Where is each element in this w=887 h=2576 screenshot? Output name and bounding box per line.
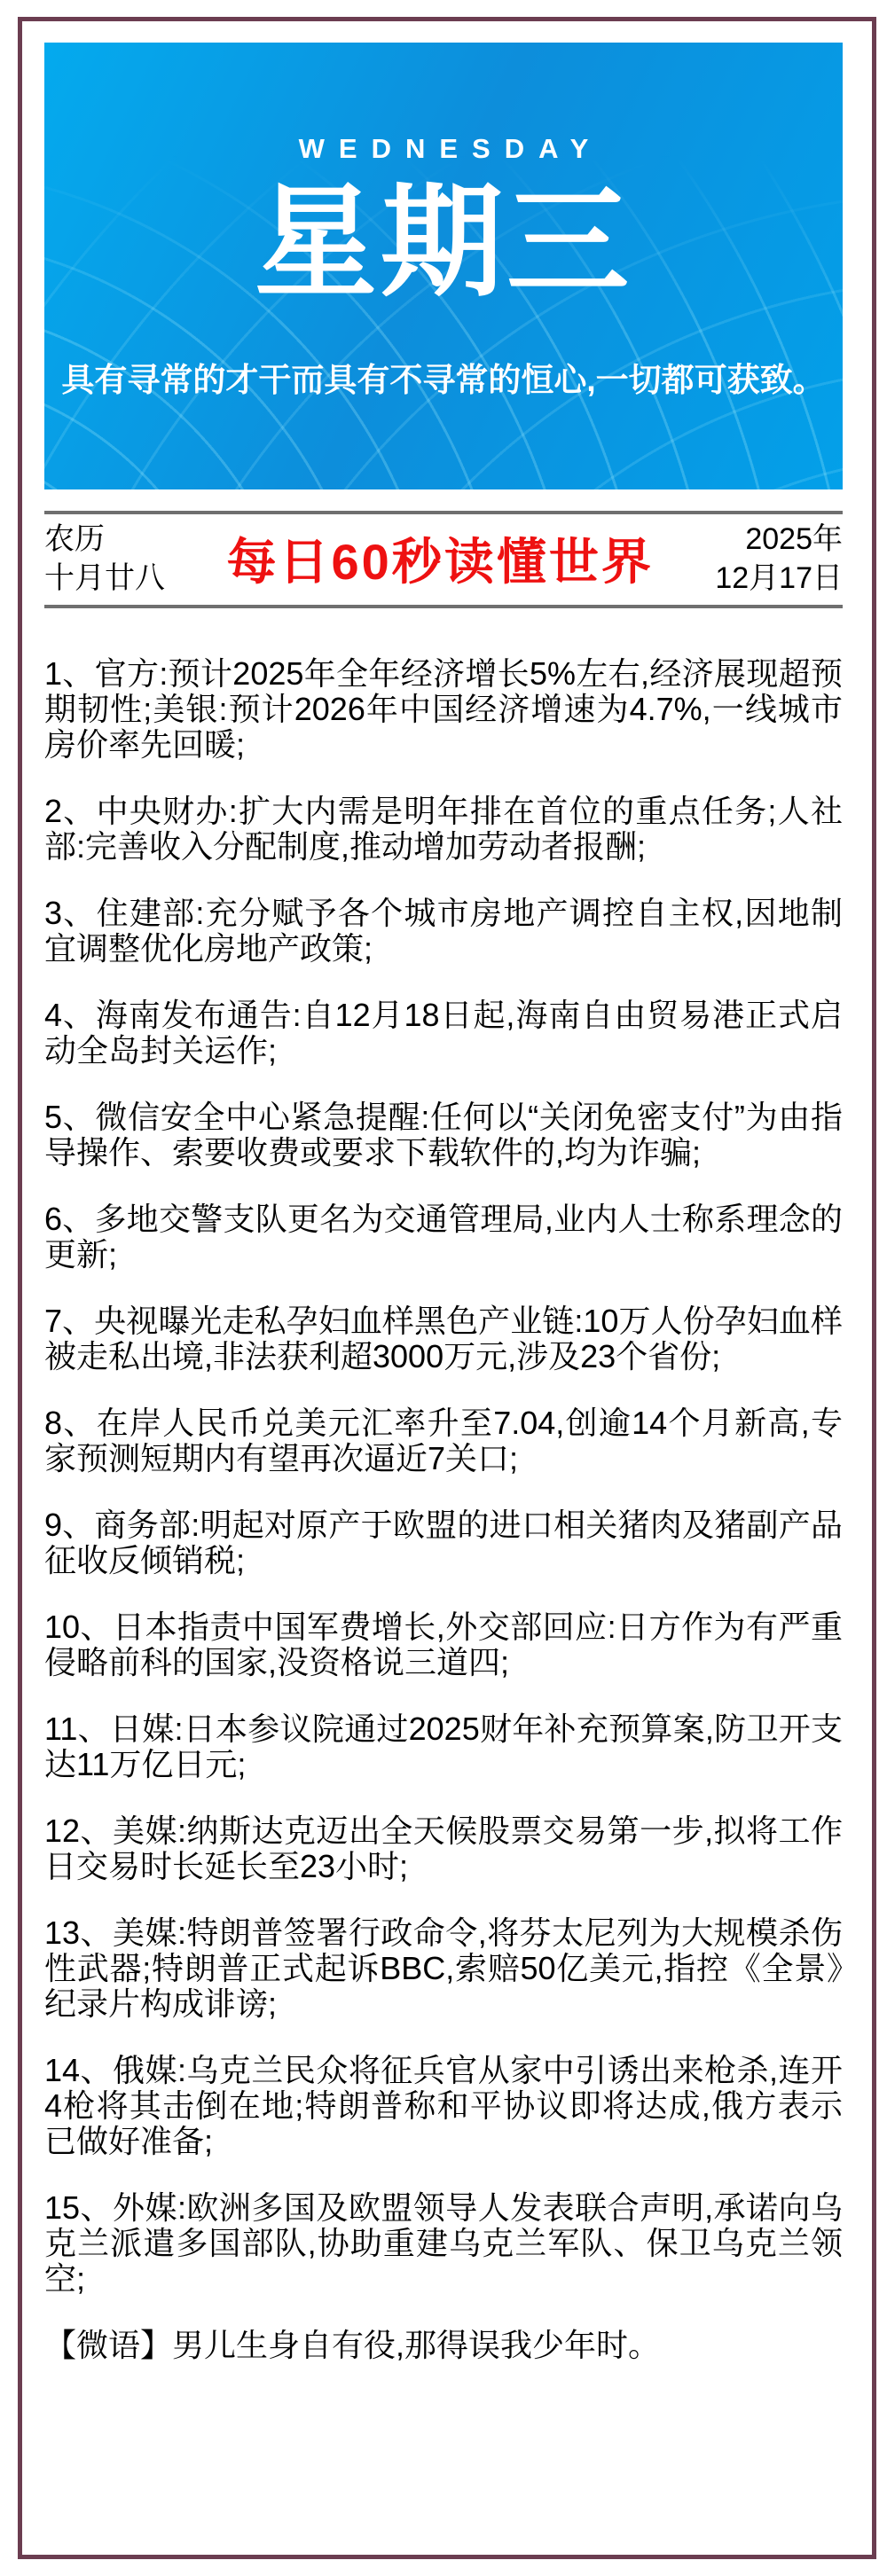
lunar-calendar-label: 农历 xyxy=(44,520,165,559)
news-item: 9、商务部:明起对原产于欧盟的进口相关猪肉及猪副产品征收反倾销税; xyxy=(44,1507,843,1578)
poster-content: WEDNESDAY 星期三 具有寻常的才干而具有不寻常的恒心,一切都可获致。 农… xyxy=(44,0,843,2394)
news-item: 4、海南发布通告:自12月18日起,海南自由贸易港正式启动全岛封关运作; xyxy=(44,998,843,1069)
date-bar: 农历 十月廿八 每日60秒读懂世界 2025年 12月17日 xyxy=(44,511,843,608)
news-item: 5、微信安全中心紧急提醒:任何以“关闭免密支付”为由指导操作、索要收费或要求下载… xyxy=(44,1100,843,1171)
news-item: 7、央视曝光走私孕妇血样黑色产业链:10万人份孕妇血样被走私出境,非法获利超30… xyxy=(44,1304,843,1374)
gregorian-date-column: 2025年 12月17日 xyxy=(715,520,843,598)
news-list: 1、官方:预计2025年全年经济增长5%左右,经济展现超预期韧性;美银:预计20… xyxy=(44,656,843,2363)
year-label: 2025年 xyxy=(715,520,843,559)
weekday-chinese-title: 星期三 xyxy=(44,179,843,308)
lunar-date-value: 十月廿八 xyxy=(44,559,165,598)
date-label: 12月17日 xyxy=(715,559,843,598)
news-item: 15、外媒:欧洲多国及欧盟领导人发表联合声明,承诺向乌克兰派遣多国部队,协助重建… xyxy=(44,2190,843,2297)
news-item: 11、日媒:日本参议院通过2025财年补充预算案,防卫开支达11万亿日元; xyxy=(44,1711,843,1782)
daily-motto-text: 具有寻常的才干而具有不寻常的恒心,一切都可获致。 xyxy=(44,361,843,400)
news-item: 14、俄媒:乌克兰民众将征兵官从家中引诱出来枪杀,连开4枪将其击倒在地;特朗普称… xyxy=(44,2053,843,2159)
news-item: 8、在岸人民币兑美元汇率升至7.04,创逾14个月新高,专家预测短期内有望再次逼… xyxy=(44,1405,843,1476)
news-item: 1、官方:预计2025年全年经济增长5%左右,经济展现超预期韧性;美银:预计20… xyxy=(44,656,843,763)
page-title: 每日60秒读懂世界 xyxy=(165,523,715,594)
news-item: 2、中央财办:扩大内需是明年排在首位的重点任务;人社部:完善收入分配制度,推动增… xyxy=(44,794,843,865)
weiyu-footer-quote: 【微语】男儿生身自有役,那得误我少年时。 xyxy=(44,2328,843,2363)
news-item: 10、日本指责中国军费增长,外交部回应:日方作为有严重侵略前科的国家,没资格说三… xyxy=(44,1609,843,1680)
news-item: 12、美媒:纳斯达克迈出全天候股票交易第一步,拟将工作日交易时长延长至23小时; xyxy=(44,1813,843,1884)
daily-news-poster: WEDNESDAY 星期三 具有寻常的才干而具有不寻常的恒心,一切都可获致。 农… xyxy=(0,0,887,2576)
news-item: 13、美媒:特朗普签署行政命令,将芬太尼列为大规模杀伤性武器;特朗普正式起诉BB… xyxy=(44,1915,843,2022)
news-item: 6、多地交警支队更名为交通管理局,业内人士称系理念的更新; xyxy=(44,1202,843,1272)
weekday-english-label: WEDNESDAY xyxy=(44,43,843,165)
lunar-date-column: 农历 十月廿八 xyxy=(44,520,165,598)
weekday-header-card: WEDNESDAY 星期三 具有寻常的才干而具有不寻常的恒心,一切都可获致。 xyxy=(44,43,843,489)
news-item: 3、住建部:充分赋予各个城市房地产调控自主权,因地制宜调整优化房地产政策; xyxy=(44,896,843,967)
